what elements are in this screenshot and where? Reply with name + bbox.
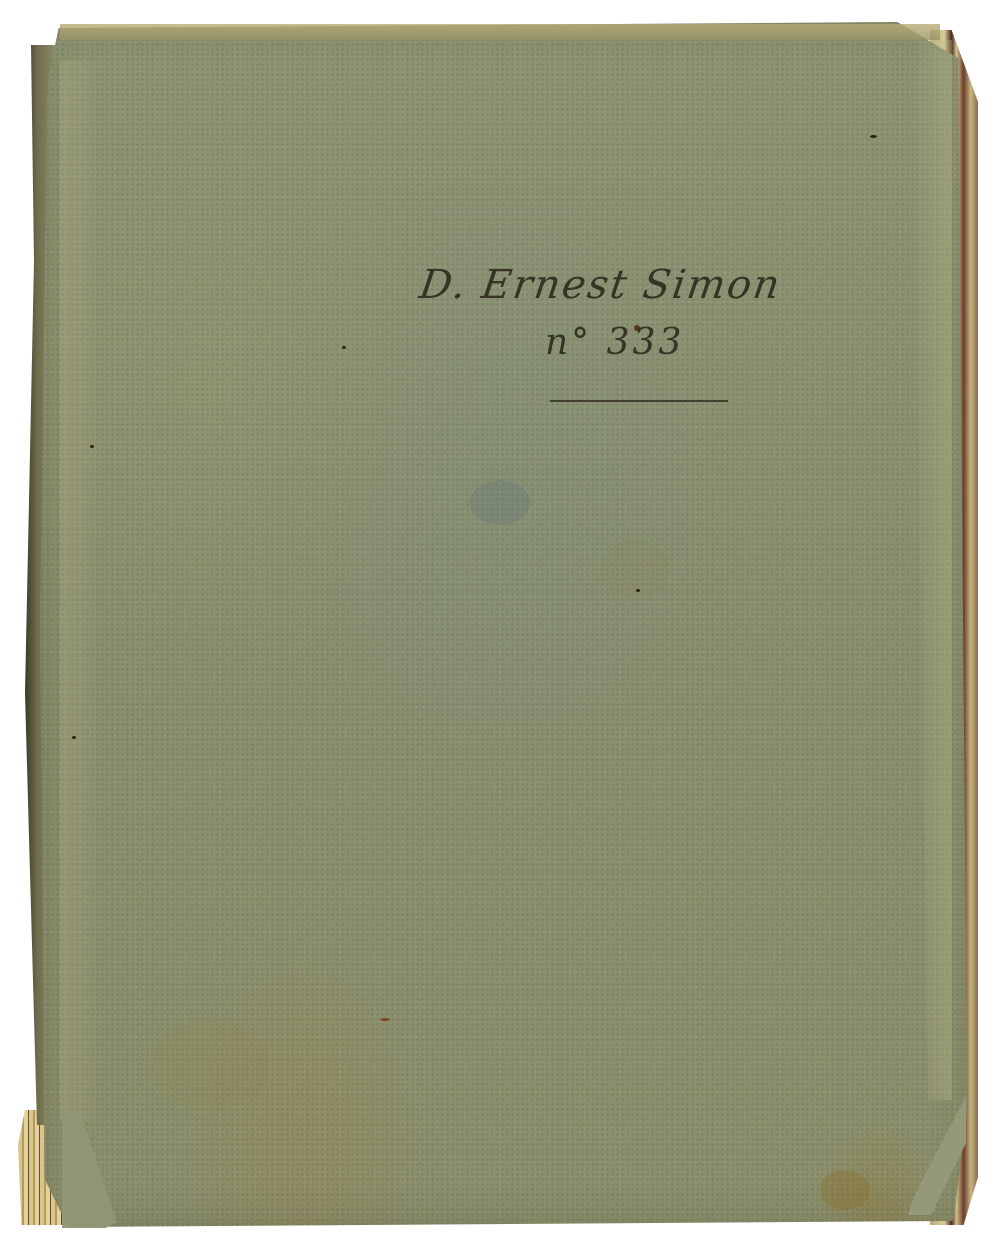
catalog-number: n° 333	[545, 322, 684, 363]
book-photo: D. Ernest Simon n° 333	[0, 0, 1000, 1259]
ink-speck	[380, 1018, 390, 1021]
ink-speck	[870, 135, 877, 138]
stain	[600, 540, 670, 600]
handwritten-inscription: D. Ernest Simon n° 333	[420, 262, 840, 363]
number-underline	[550, 400, 728, 402]
ink-speck	[636, 589, 640, 592]
ink-speck	[72, 736, 76, 739]
ink-speck	[90, 445, 94, 448]
stain	[150, 1020, 270, 1110]
cover-top-edge	[60, 24, 940, 40]
cover-fold-left	[60, 60, 100, 1120]
owner-name: D. Ernest Simon	[417, 262, 843, 308]
stain	[820, 1170, 870, 1210]
ink-speck	[342, 346, 346, 349]
stain	[470, 480, 530, 525]
